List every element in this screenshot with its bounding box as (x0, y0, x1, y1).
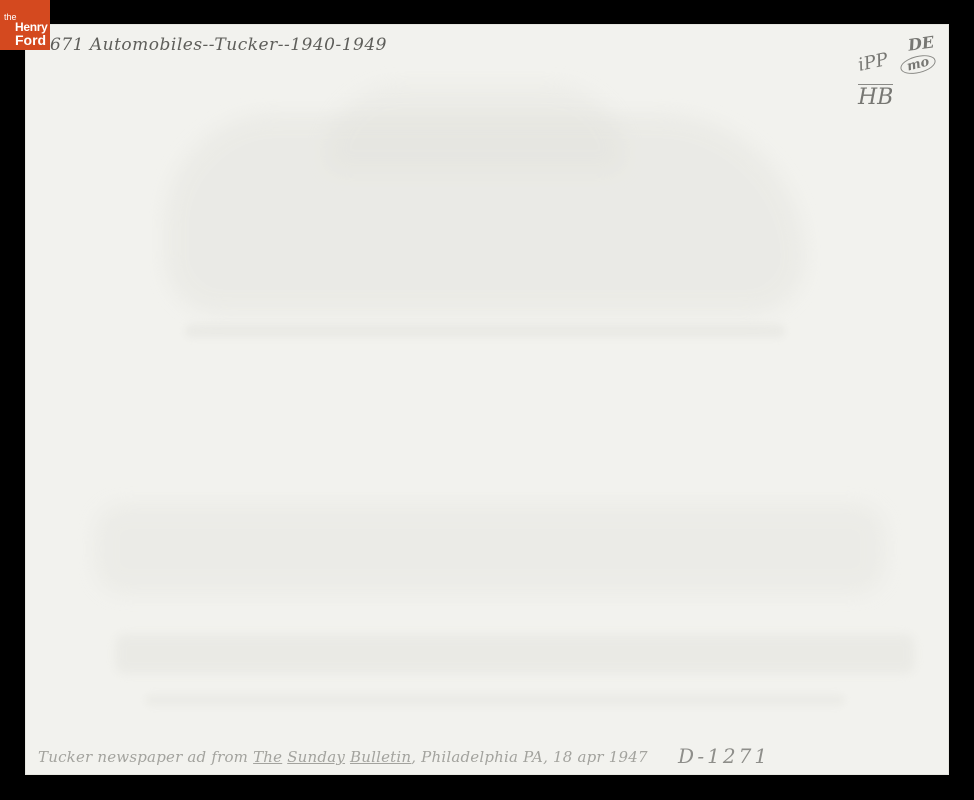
bleed-through-headline (95, 504, 885, 594)
handwritten-description: Tucker newspaper ad from The Sunday Bull… (38, 748, 648, 766)
publication-bulletin: Bulletin (350, 748, 411, 766)
logo-ford: Ford (15, 33, 46, 47)
bleed-through-car-body (165, 114, 805, 314)
bleed-through-small-text (145, 694, 845, 706)
bleed-through-big-text (115, 634, 915, 674)
handwritten-mark-hb: HB (858, 84, 893, 109)
handwritten-subject-heading: 671 Automobiles--Tucker--1940-1949 (50, 35, 387, 55)
photo-verso-paper (25, 24, 949, 775)
description-prefix: Tucker newspaper ad from (38, 748, 253, 766)
bleed-through-caption (185, 324, 785, 338)
handwritten-mark-de: DE (907, 32, 935, 54)
the-henry-ford-logo[interactable]: the Henry Ford (0, 0, 50, 50)
publication-the: The (253, 748, 282, 766)
handwritten-catalog-id: D-1271 (678, 744, 770, 768)
viewer-stage: the Henry Ford 671 Automobiles--Tucker--… (0, 0, 974, 800)
publication-sunday: Sunday (287, 748, 345, 766)
description-suffix: , Philadelphia PA, 18 apr 1947 (411, 748, 647, 766)
